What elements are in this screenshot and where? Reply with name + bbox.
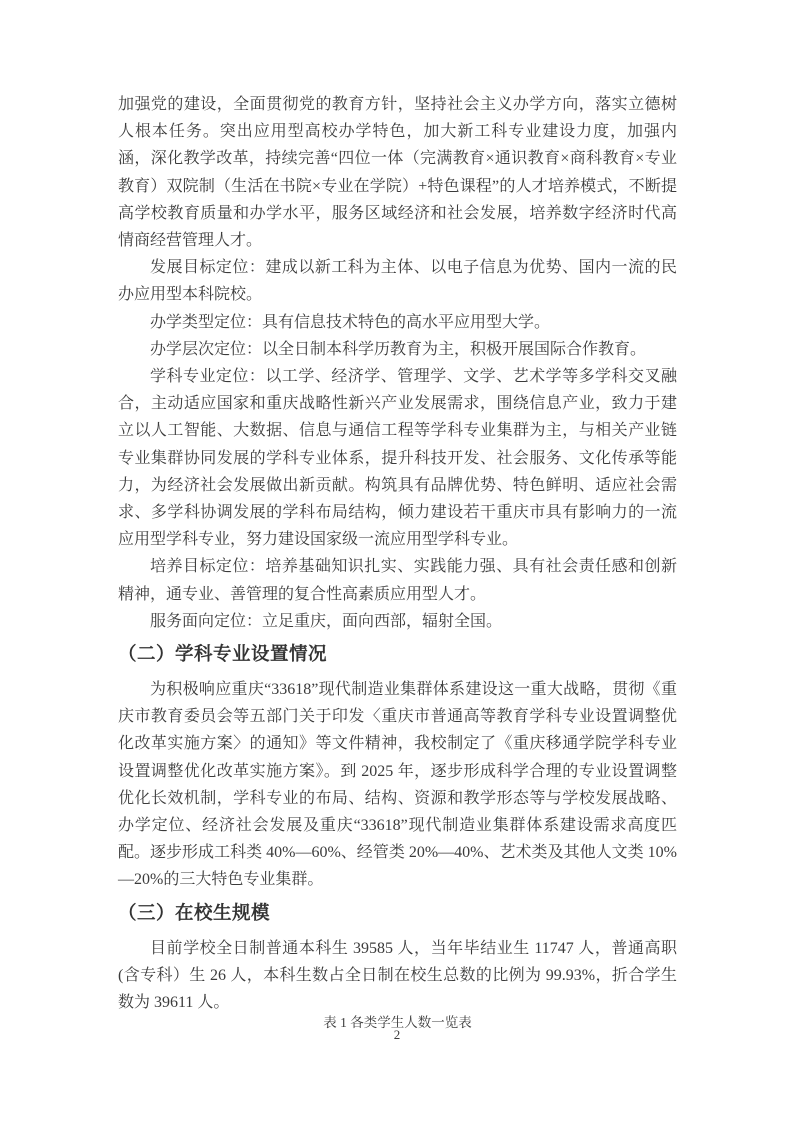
- section-heading-discipline-setup: （二）学科专业设置情况: [118, 640, 677, 667]
- document-page: 加强党的建设，全面贯彻党的教育方针，坚持社会主义办学方向，落实立德树人根本任务。…: [0, 0, 794, 1123]
- body-paragraph-discipline-setup: 为积极响应重庆“33618”现代制造业集群体系建设这一重大战略，贯彻《重庆市教育…: [118, 676, 677, 894]
- body-paragraph-development-goal: 发展目标定位：建成以新工科为主体、以电子信息为优势、国内一流的民办应用型本科院校…: [118, 254, 677, 308]
- body-paragraph-school-type: 办学类型定位：具有信息技术特色的高水平应用型大学。: [118, 309, 677, 336]
- page-number: 2: [0, 1027, 794, 1042]
- document-content: 加强党的建设，全面贯彻党的教育方针，坚持社会主义办学方向，落实立德树人根本任务。…: [118, 91, 677, 1031]
- body-paragraph-continuation: 加强党的建设，全面贯彻党的教育方针，坚持社会主义办学方向，落实立德树人根本任务。…: [118, 91, 677, 254]
- body-paragraph-discipline-position: 学科专业定位：以工学、经济学、管理学、文学、艺术学等多学科交叉融合，主动适应国家…: [118, 363, 677, 553]
- body-paragraph-enrollment-scale: 目前学校全日制普通本科生 39585 人，当年毕结业生 11747 人，普通高职…: [118, 935, 677, 1017]
- body-paragraph-school-level: 办学层次定位：以全日制本科学历教育为主，积极开展国际合作教育。: [118, 336, 677, 363]
- section-heading-enrollment-scale: （三）在校生规模: [118, 899, 677, 926]
- body-paragraph-service-orientation: 服务面向定位：立足重庆，面向西部，辐射全国。: [118, 608, 677, 635]
- body-paragraph-training-goal: 培养目标定位：培养基础知识扎实、实践能力强、具有社会责任感和创新精神，通专业、善…: [118, 553, 677, 607]
